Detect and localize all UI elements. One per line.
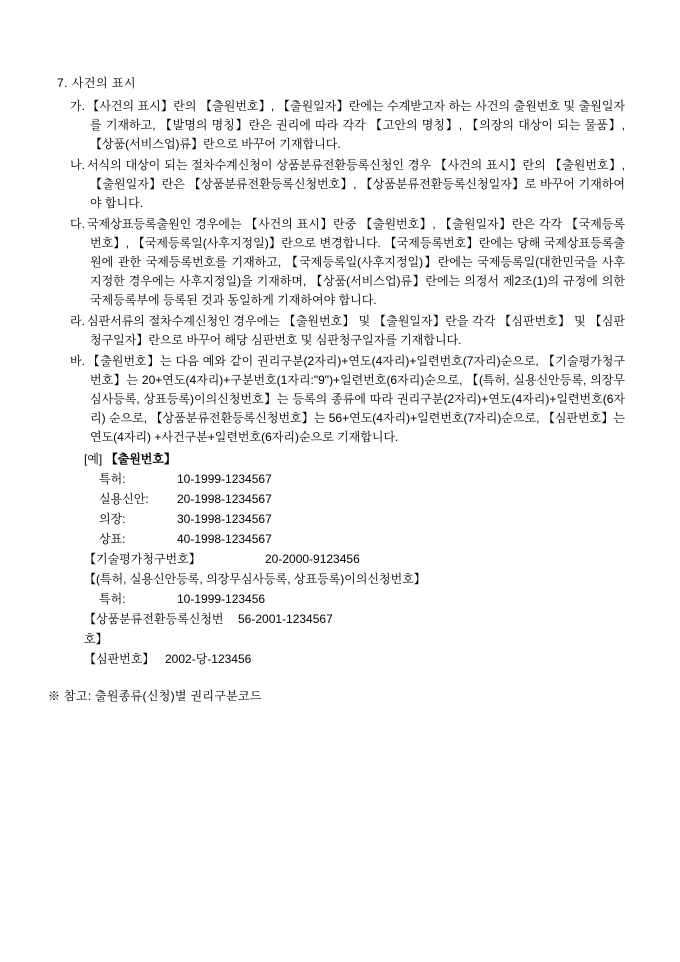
entry-tech-eval-number: 【기술평가청구번호】20-2000-9123456 [84,549,625,569]
row-label: 상표: [99,529,177,549]
entry-class-conversion-number: 【상품분류전환등록신청번호】56-2001-1234567 [84,609,625,649]
example-prefix: [예] [84,452,102,466]
document-page: 7. 사건의 표시 가.【사건의 표시】란의 【출원번호】, 【출원일자】란에는… [0,0,680,962]
row-value: 20-1998-1234567 [177,489,272,509]
row-value: 40-1998-1234567 [177,529,272,549]
entry-label: 특허: [99,589,177,609]
example-row-utility: 실용신안:20-1998-1234567 [99,489,625,509]
instruction-item-ga: 가.【사건의 표시】란의 【출원번호】, 【출원일자】란에는 수계받고자 하는 … [70,97,625,154]
item-label: 나. [70,158,85,172]
entry-value: 20-2000-9123456 [265,549,360,569]
item-text: 서식의 대상이 되는 절차수계신청이 상품분류전환등록신청인 경우 【사건의 표… [87,158,625,210]
entry-value: 56-2001-1234567 [238,609,333,649]
example-header: [예] 【출원번호】 [84,449,625,469]
instruction-list: 가.【사건의 표시】란의 【출원번호】, 【출원일자】란에는 수계받고자 하는 … [70,97,625,447]
item-text: 【사건의 표시】란의 【출원번호】, 【출원일자】란에는 수계받고자 하는 사건… [87,99,625,151]
item-label: 라. [70,314,85,328]
entry-label: 【(특허, 실용신안등록, 의장무심사등록, 상표등록)이의신청번호】 [84,569,426,589]
instruction-item-na: 나.서식의 대상이 되는 절차수계신청이 상품분류전환등록신청인 경우 【사건의… [70,156,625,213]
entry-value: 10-1999-123456 [177,589,265,609]
entry-label: 【심판번호】 [84,649,165,669]
item-text: 국제상표등록출원인 경우에는 【사건의 표시】란중 【출원번호】, 【출원일자】… [87,217,625,307]
example-block: [예] 【출원번호】 특허:10-1999-1234567 실용신안:20-19… [84,449,625,669]
entry-trial-number: 【심판번호】2002-당-123456 [84,649,625,669]
instruction-item-da: 다.국제상표등록출원인 경우에는 【사건의 표시】란중 【출원번호】, 【출원일… [70,215,625,310]
item-text: 심판서류의 절차수계신청인 경우에는 【출원번호】 및 【출원일자】란을 각각 … [87,314,625,347]
entry-opposition-patent: 특허:10-1999-123456 [99,589,625,609]
section-title: 7. 사건의 표시 [57,74,625,93]
example-header-label: 【출원번호】 [106,452,176,466]
example-row-trademark: 상표:40-1998-1234567 [99,529,625,549]
footnote-reference: ※ 참고: 출원종류(신청)별 권리구분코드 [48,687,625,706]
row-label: 특허: [99,469,177,489]
entry-value: 2002-당-123456 [165,649,251,669]
item-text: 【출원번호】는 다음 예와 같이 권리구분(2자리)+연도(4자리)+일련번호(… [87,354,625,444]
example-row-design: 의장:30-1998-1234567 [99,509,625,529]
item-label: 다. [70,217,85,231]
row-label: 의장: [99,509,177,529]
example-row-patent: 특허:10-1999-1234567 [99,469,625,489]
row-value: 30-1998-1234567 [177,509,272,529]
entry-label: 【상품분류전환등록신청번호】 [84,609,238,649]
row-label: 실용신안: [99,489,177,509]
item-label: 바. [70,354,85,368]
row-value: 10-1999-1234567 [177,469,272,489]
instruction-item-ba: 바.【출원번호】는 다음 예와 같이 권리구분(2자리)+연도(4자리)+일련번… [70,352,625,447]
entry-label: 【기술평가청구번호】 [84,549,265,569]
item-label: 가. [70,99,85,113]
entry-opposition-number: 【(특허, 실용신안등록, 의장무심사등록, 상표등록)이의신청번호】 [84,569,625,589]
instruction-item-ra: 라.심판서류의 절차수계신청인 경우에는 【출원번호】 및 【출원일자】란을 각… [70,312,625,350]
